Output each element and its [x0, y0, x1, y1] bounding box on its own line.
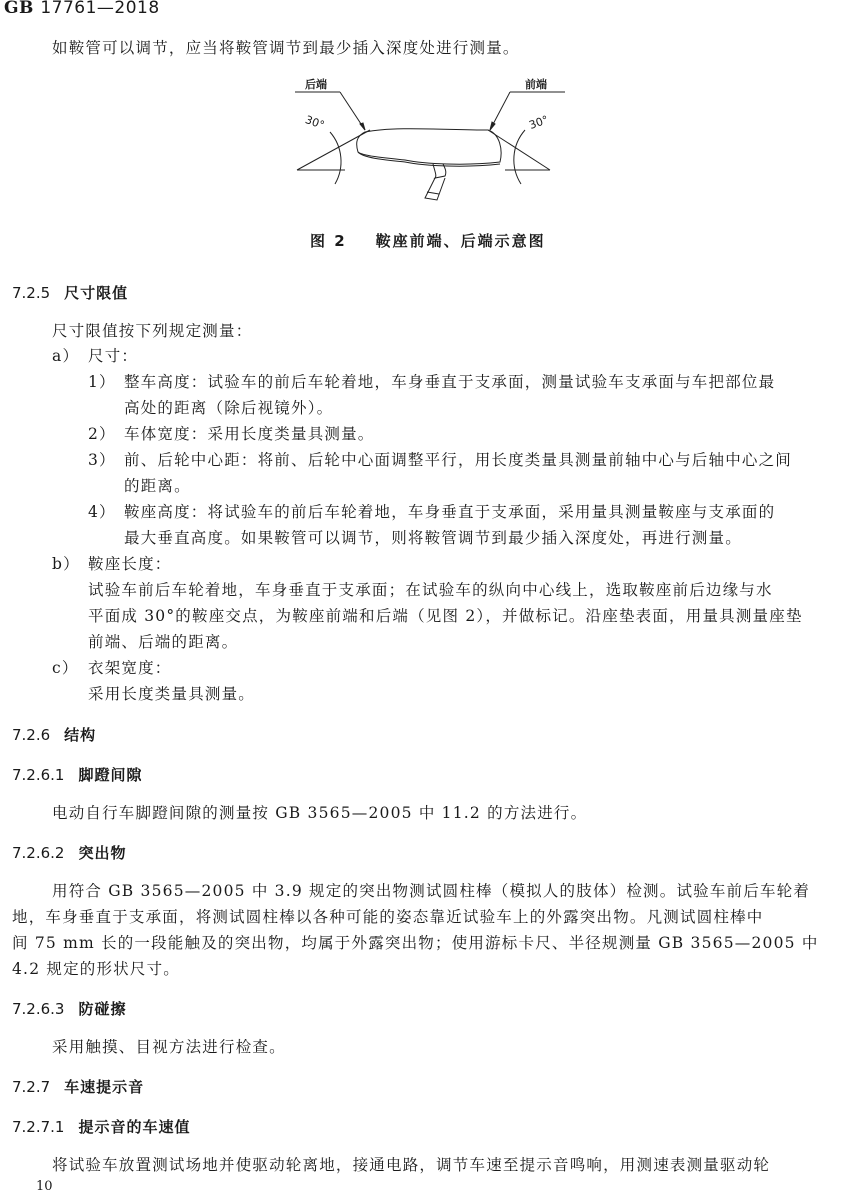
heading-7-2-7-1: 7.2.7.1提示音的车速值 [12, 1116, 191, 1137]
list-a4-line2: 最大垂直高度。如果鞍管可以调节，则将鞍管调节到最少插入深度处，再进行测量。 [124, 528, 742, 548]
section-725-intro: 尺寸限值按下列规定测量： [52, 321, 252, 341]
list-c-line1: 采用长度类量具测量。 [88, 684, 255, 704]
section-7261-text: 电动自行车脚蹬间隙的测量按 GB 3565—2005 中 11.2 的方法进行。 [52, 803, 587, 823]
heading-7-2-5: 7.2.5尺寸限值 [12, 282, 128, 303]
list-text-a: 尺寸： [88, 346, 138, 366]
list-label-a: a） [52, 346, 79, 366]
section-7263-text: 采用触摸、目视方法进行检查。 [52, 1037, 286, 1057]
list-b-line3: 前端、后端的距离。 [88, 632, 238, 652]
heading-7-2-7: 7.2.7车速提示音 [12, 1076, 144, 1097]
standard-number: 17761—2018 [40, 0, 159, 18]
section-7262-line1: 用符合 GB 3565—2005 中 3.9 规定的突出物测试圆柱棒（模拟人的肢… [52, 881, 810, 901]
page-number: 10 [36, 1179, 53, 1194]
heading-7-2-6-1: 7.2.6.1脚蹬间隙 [12, 764, 143, 785]
document-header: GB 17761—2018 [4, 0, 160, 18]
section-7262-line2: 地，车身垂直于支承面，将测试圆柱棒以各种可能的姿态靠近试验车上的外露突出物。凡测… [12, 907, 764, 927]
list-label-a3: 3） [88, 450, 116, 470]
list-b-line1: 试验车前后车轮着地，车身垂直于支承面；在试验车的纵向中心线上，选取鞍座前后边缘与… [88, 580, 773, 600]
list-label-c: c） [52, 658, 79, 678]
list-label-a4: 4） [88, 502, 116, 522]
standard-prefix: GB [4, 0, 34, 18]
saddle-figure: 后端 前端 30° 30° [285, 72, 575, 202]
label-front-end: 前端 [525, 76, 547, 92]
section-7271-line1: 将试验车放置测试场地并使驱动轮离地，接通电路，调节车速至提示音鸣响，用测速表测量… [52, 1155, 770, 1175]
list-a1-line2: 高处的距离（除后视镜外）。 [124, 398, 333, 418]
figure-number: 图 2 [310, 232, 347, 250]
list-a3-line1: 前、后轮中心距：将前、后轮中心面调整平行，用长度类量具测量前轴中心与后轴中心之间 [124, 450, 792, 470]
list-a2-line1: 车体宽度：采用长度类量具测量。 [124, 424, 375, 444]
list-label-a1: 1） [88, 372, 116, 392]
intro-paragraph: 如鞍管可以调节，应当将鞍管调节到最少插入深度处进行测量。 [52, 38, 520, 58]
list-a4-line1: 鞍座高度：将试验车的前后车轮着地，车身垂直于支承面，采用量具测量鞍座与支承面的 [124, 502, 775, 522]
figure-caption: 图 2 鞍座前端、后端示意图 [310, 230, 546, 251]
heading-7-2-6: 7.2.6结构 [12, 724, 96, 745]
list-a1-line1: 整车高度：试验车的前后车轮着地，车身垂直于支承面，测量试验车支承面与车把部位最 [124, 372, 775, 392]
list-label-b: b） [52, 554, 80, 574]
section-7262-line3: 间 75 mm 长的一段能触及的突出物，均属于外露突出物；使用游标卡尺、半径规测… [12, 933, 819, 953]
figure-title: 鞍座前端、后端示意图 [376, 232, 546, 250]
label-rear-end: 后端 [305, 76, 327, 92]
list-text-c: 衣架宽度： [88, 658, 172, 678]
heading-7-2-6-3: 7.2.6.3防碰擦 [12, 998, 127, 1019]
list-label-a2: 2） [88, 424, 116, 444]
heading-7-2-6-2: 7.2.6.2突出物 [12, 842, 127, 863]
list-text-b: 鞍座长度： [88, 554, 172, 574]
list-b-line2: 平面成 30°的鞍座交点，为鞍座前端和后端（见图 2），并做标记。沿座垫表面，用… [88, 606, 803, 626]
list-a3-line2: 的距离。 [124, 476, 191, 496]
section-7262-line4: 4.2 规定的形状尺寸。 [12, 959, 180, 979]
